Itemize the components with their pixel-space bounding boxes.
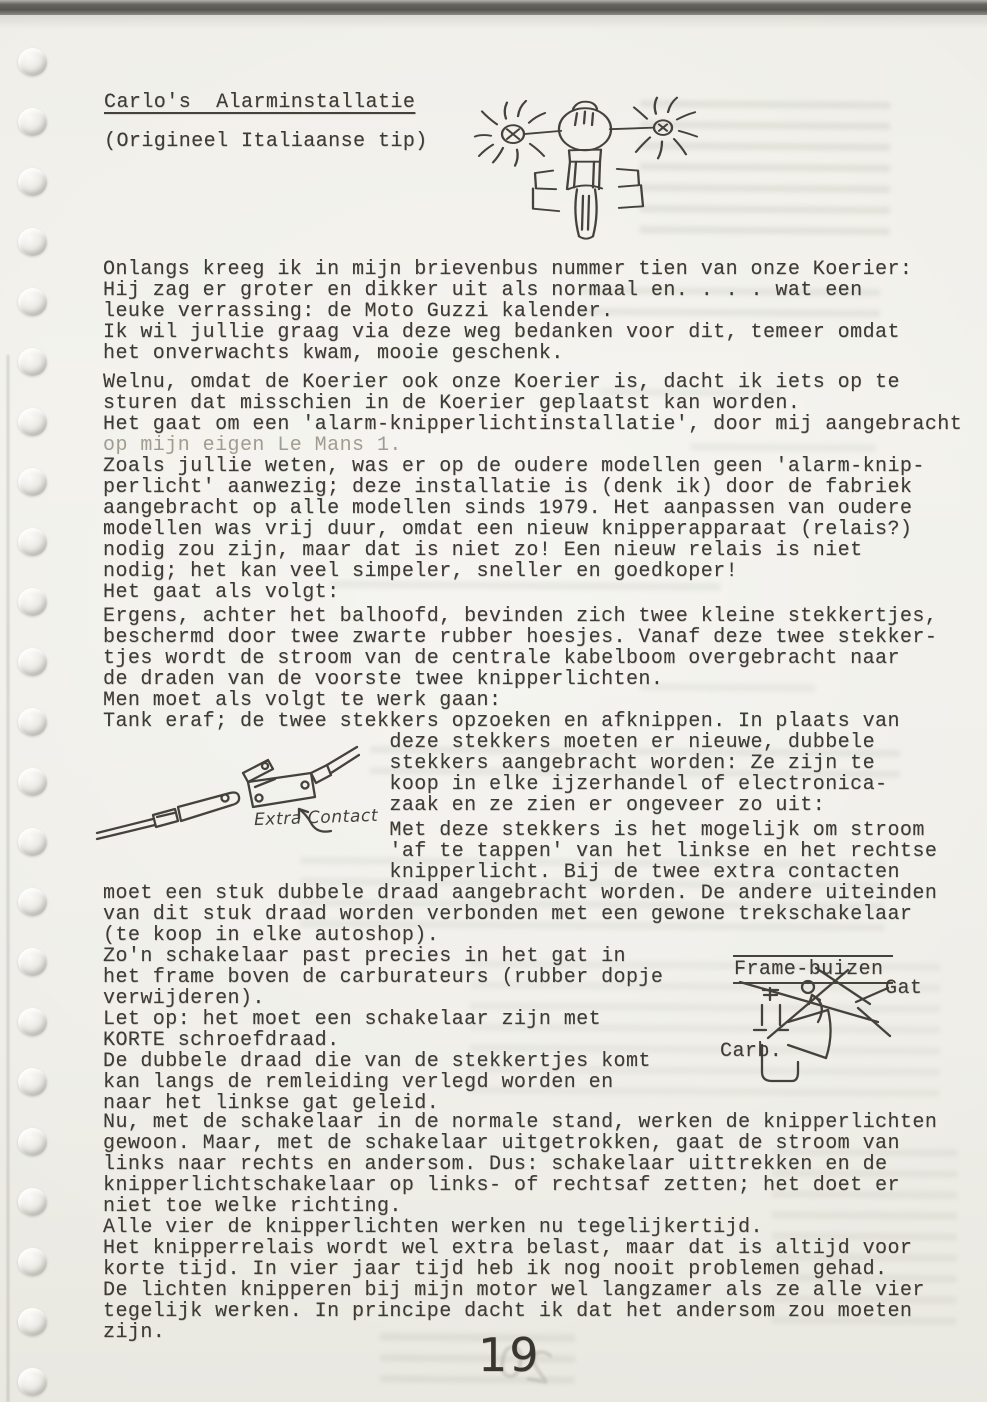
body-paragraph-2-faint-line: op mijn eigen Le Mans 1. [103,435,402,456]
binder-hole [18,1368,47,1396]
binder-hole [18,348,47,376]
binder-hole [18,528,47,556]
connector-sketch [95,735,360,850]
binder-hole [18,108,47,136]
binder-hole [18,468,47,496]
binder-hole [18,948,47,976]
scan-top-edge-shadow [0,15,987,29]
page-left-crease [7,355,9,1402]
body-paragraph-6: Nu, met de schakelaar in de normale stan… [103,1112,937,1343]
binder-hole [18,828,47,856]
binder-hole [18,408,47,436]
hole-label: Gat [885,977,922,1000]
binder-hole [18,1308,47,1336]
scanned-page: Carlo's Alarminstallatie (Origineel Ital… [0,0,987,1402]
binder-hole [18,288,47,316]
binder-hole [18,648,47,676]
body-paragraph-1: Onlangs kreeg ik in mijn brievenbus numm… [103,259,912,364]
binder-hole [18,228,47,256]
motorcycle-sketch [473,66,705,246]
body-paragraph-3: Zoals jullie weten, was er op de oudere … [103,456,925,603]
binder-hole [18,48,47,76]
binder-hole [18,168,47,196]
scan-top-edge [0,0,987,15]
binder-hole [18,888,47,916]
binder-hole [18,768,47,796]
carburetor-label: Carb. [720,1040,782,1063]
binder-hole [18,1248,47,1276]
article-subtitle: (Origineel Italiaanse tip) [104,131,428,152]
binder-hole [18,708,47,736]
frame-tubes-label: Frame-buizen [733,955,893,984]
binder-hole [18,588,47,616]
article-title: Carlo's Alarminstallatie [104,92,415,113]
binder-hole [18,1128,47,1156]
binder-hole [18,1008,47,1036]
binder-hole [18,1188,47,1216]
page-number: 19 [478,1328,541,1382]
binder-hole [18,1068,47,1096]
body-paragraph-2: Welnu, omdat de Koerier ook onze Koerier… [103,372,962,435]
